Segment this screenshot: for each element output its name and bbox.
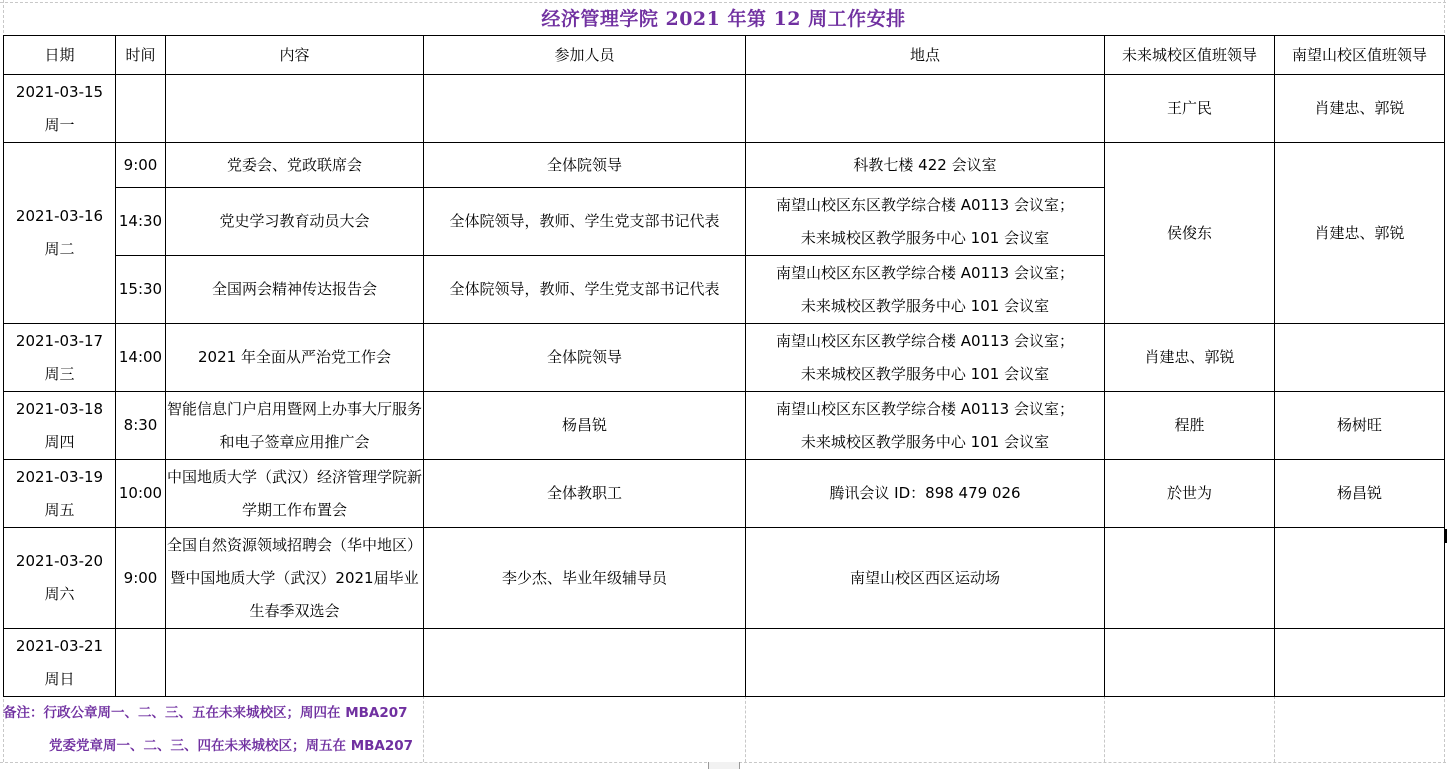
weilaicheng-leader-cell: 於世为: [1105, 460, 1275, 528]
time-cell: 9:00: [116, 143, 166, 188]
scrollbar-stub[interactable]: [708, 762, 740, 769]
weekday-text: 周一: [4, 109, 115, 142]
location-line: 南望山校区东区教学综合楼 A0113 会议室；: [746, 257, 1104, 290]
location-cell: 南望山校区东区教学综合楼 A0113 会议室； 未来城校区教学服务中心 101 …: [746, 188, 1105, 256]
note-line-admin-seal: 备注：行政公章周一、二、三、五在未来城校区；周四在 MBA207: [3, 697, 423, 730]
weekday-text: 周四: [4, 426, 115, 459]
content-cell: [166, 75, 424, 143]
participants-cell: 李少杰、毕业年级辅导员: [424, 528, 746, 629]
time-cell: 15:30: [116, 256, 166, 324]
location-cell: [746, 75, 1105, 143]
weilaicheng-leader-cell: 侯俊东: [1105, 143, 1275, 324]
time-cell: 9:00: [116, 528, 166, 629]
header-time: 时间: [116, 36, 166, 75]
participants-cell: 全体院领导: [424, 324, 746, 392]
table-row: 2021-03-21 周日: [4, 629, 1445, 697]
weilaicheng-leader-cell: 程胜: [1105, 392, 1275, 460]
date-cell: 2021-03-16 周二: [4, 143, 116, 324]
date-text: 2021-03-16: [4, 200, 115, 233]
nanwangshan-leader-cell: 肖建忠、郭锐: [1275, 143, 1445, 324]
nanwangshan-leader-cell: 杨树旺: [1275, 392, 1445, 460]
content-cell: 2021 年全面从严治党工作会: [166, 324, 424, 392]
date-text: 2021-03-15: [4, 76, 115, 109]
participants-cell: 全体院领导，教师、学生党支部书记代表: [424, 256, 746, 324]
content-cell: 全国两会精神传达报告会: [166, 256, 424, 324]
participants-cell: [424, 75, 746, 143]
location-line: 南望山校区东区教学综合楼 A0113 会议室；: [746, 325, 1104, 358]
location-line: 未来城校区教学服务中心 101 会议室: [746, 426, 1104, 459]
cell-cursor-marker: [1444, 529, 1447, 543]
content-cell: 党委会、党政联席会: [166, 143, 424, 188]
location-line: 未来城校区教学服务中心 101 会议室: [746, 222, 1104, 255]
page-guide-col: [1104, 696, 1105, 762]
date-cell: 2021-03-19 周五: [4, 460, 116, 528]
header-nanwangshan-leader: 南望山校区值班领导: [1275, 36, 1445, 75]
location-line: 南望山校区东区教学综合楼 A0113 会议室；: [746, 393, 1104, 426]
date-cell: 2021-03-20 周六: [4, 528, 116, 629]
weekday-text: 周五: [4, 494, 115, 527]
weekday-text: 周日: [4, 663, 115, 696]
weekday-text: 周六: [4, 578, 115, 611]
page-title: 经济管理学院 2021 年第 12 周工作安排: [3, 4, 1444, 34]
date-cell: 2021-03-15 周一: [4, 75, 116, 143]
time-cell: [116, 629, 166, 697]
page-guide-col: [745, 696, 746, 762]
content-cell: 中国地质大学（武汉）经济管理学院新学期工作布置会: [166, 460, 424, 528]
note-line-party-seal: 党委党章周一、二、三、四在未来城校区；周五在 MBA207: [3, 730, 423, 763]
location-line: 未来城校区教学服务中心 101 会议室: [746, 290, 1104, 323]
page-guide-top: [0, 2, 1446, 3]
location-line: 南望山校区东区教学综合楼 A0113 会议室；: [746, 189, 1104, 222]
participants-cell: [424, 629, 746, 697]
time-cell: [116, 75, 166, 143]
date-text: 2021-03-17: [4, 325, 115, 358]
participants-cell: 全体院领导: [424, 143, 746, 188]
weilaicheng-leader-cell: [1105, 629, 1275, 697]
location-cell: 南望山校区东区教学综合楼 A0113 会议室； 未来城校区教学服务中心 101 …: [746, 392, 1105, 460]
weekday-text: 周二: [4, 233, 115, 266]
content-cell: 党史学习教育动员大会: [166, 188, 424, 256]
time-cell: 10:00: [116, 460, 166, 528]
header-row: 日期 时间 内容 参加人员 地点 未来城校区值班领导 南望山校区值班领导: [4, 36, 1445, 75]
location-cell: 南望山校区西区运动场: [746, 528, 1105, 629]
nanwangshan-leader-cell: [1275, 629, 1445, 697]
participants-cell: 杨昌锐: [424, 392, 746, 460]
weilaicheng-leader-cell: 王广民: [1105, 75, 1275, 143]
location-cell: 南望山校区东区教学综合楼 A0113 会议室； 未来城校区教学服务中心 101 …: [746, 324, 1105, 392]
location-line: 未来城校区教学服务中心 101 会议室: [746, 358, 1104, 391]
time-cell: 8:30: [116, 392, 166, 460]
participants-cell: 全体教职工: [424, 460, 746, 528]
location-cell: 南望山校区东区教学综合楼 A0113 会议室； 未来城校区教学服务中心 101 …: [746, 256, 1105, 324]
table-row: 2021-03-18 周四 8:30 智能信息门户启用暨网上办事大厅服务和电子签…: [4, 392, 1445, 460]
page-guide-col: [1274, 696, 1275, 762]
header-participants: 参加人员: [424, 36, 746, 75]
table-row: 2021-03-16 周二 9:00 党委会、党政联席会 全体院领导 科教七楼 …: [4, 143, 1445, 188]
table-row: 2021-03-20 周六 9:00 全国自然资源领域招聘会（华中地区）暨中国地…: [4, 528, 1445, 629]
location-cell: 腾讯会议 ID：898 479 026: [746, 460, 1105, 528]
date-text: 2021-03-19: [4, 461, 115, 494]
weilaicheng-leader-cell: 肖建忠、郭锐: [1105, 324, 1275, 392]
nanwangshan-leader-cell: [1275, 324, 1445, 392]
time-cell: 14:00: [116, 324, 166, 392]
nanwangshan-leader-cell: [1275, 528, 1445, 629]
content-cell: 智能信息门户启用暨网上办事大厅服务和电子签章应用推广会: [166, 392, 424, 460]
weekday-text: 周三: [4, 358, 115, 391]
header-location: 地点: [746, 36, 1105, 75]
content-cell: 全国自然资源领域招聘会（华中地区）暨中国地质大学（武汉）2021届毕业生春季双选…: [166, 528, 424, 629]
location-cell: [746, 629, 1105, 697]
location-cell: 科教七楼 422 会议室: [746, 143, 1105, 188]
date-cell: 2021-03-18 周四: [4, 392, 116, 460]
date-cell: 2021-03-21 周日: [4, 629, 116, 697]
date-text: 2021-03-20: [4, 545, 115, 578]
time-cell: 14:30: [116, 188, 166, 256]
table-row: 2021-03-17 周三 14:00 2021 年全面从严治党工作会 全体院领…: [4, 324, 1445, 392]
table-row: 2021-03-19 周五 10:00 中国地质大学（武汉）经济管理学院新学期工…: [4, 460, 1445, 528]
page-guide-col: [423, 696, 424, 762]
nanwangshan-leader-cell: 杨昌锐: [1275, 460, 1445, 528]
date-text: 2021-03-18: [4, 393, 115, 426]
participants-cell: 全体院领导，教师、学生党支部书记代表: [424, 188, 746, 256]
notes: 备注：行政公章周一、二、三、五在未来城校区；周四在 MBA207 党委党章周一、…: [3, 697, 423, 763]
schedule-table: 日期 时间 内容 参加人员 地点 未来城校区值班领导 南望山校区值班领导 202…: [3, 35, 1445, 697]
table-row: 2021-03-15 周一 王广民 肖建忠、郭锐: [4, 75, 1445, 143]
content-cell: [166, 629, 424, 697]
date-cell: 2021-03-17 周三: [4, 324, 116, 392]
weilaicheng-leader-cell: [1105, 528, 1275, 629]
header-content: 内容: [166, 36, 424, 75]
nanwangshan-leader-cell: 肖建忠、郭锐: [1275, 75, 1445, 143]
header-weilaicheng-leader: 未来城校区值班领导: [1105, 36, 1275, 75]
date-text: 2021-03-21: [4, 630, 115, 663]
header-date: 日期: [4, 36, 116, 75]
